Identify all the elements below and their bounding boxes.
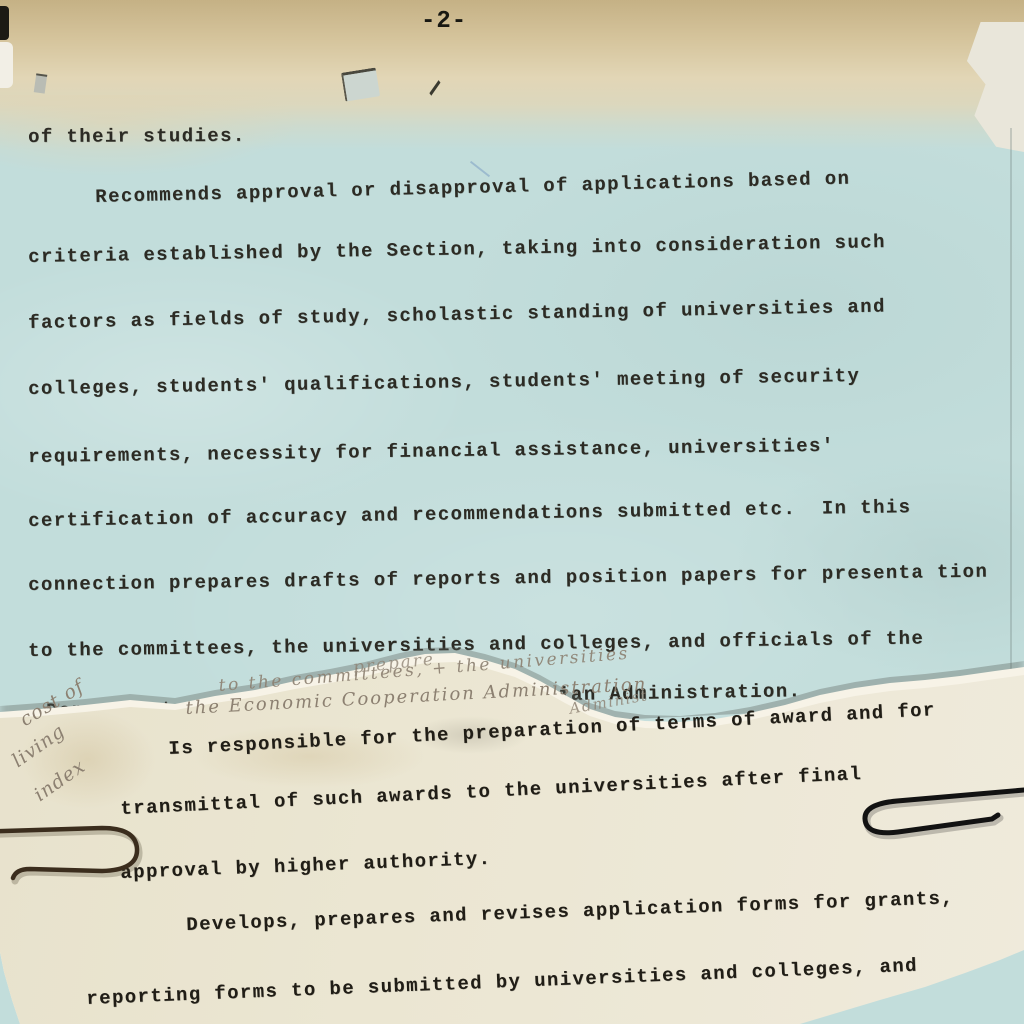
typed-line: of their studies. [28, 125, 246, 148]
typed-line: factors as fields of study, scholastic s… [28, 296, 886, 334]
typed-line: certification of accuracy and recommenda… [28, 496, 912, 532]
torn-edge-hole [0, 42, 13, 88]
typed-line: criteria established by the Section, tak… [28, 231, 886, 268]
typed-line: requirements, necessity for financial as… [28, 435, 835, 468]
paperclip-left [0, 818, 178, 888]
typed-line: connection prepares drafts of reports an… [28, 561, 988, 596]
scanned-document-page: -2- of their studies. Recommends approva… [0, 0, 1024, 1024]
paperclip-right [842, 780, 1024, 844]
stray-pen-mark [470, 161, 490, 177]
page-number: -2- [421, 8, 467, 35]
page-edge-line [1010, 128, 1012, 678]
typed-line: colleges, students' qualifications, stud… [28, 365, 860, 400]
torn-paper-fragment [341, 67, 380, 101]
torn-edge-mark [0, 6, 9, 40]
